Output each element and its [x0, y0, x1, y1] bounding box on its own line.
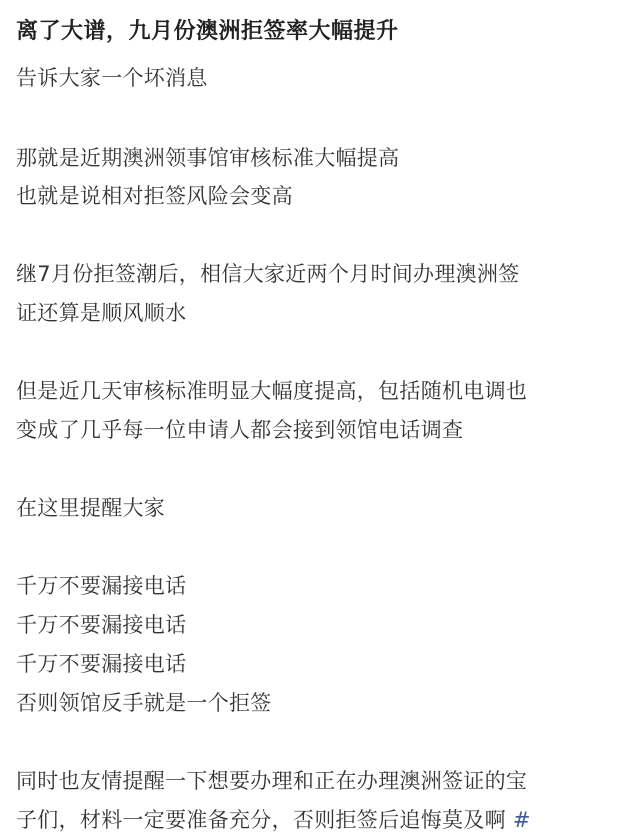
- post-title: 离了大谱，九月份澳洲拒签率大幅提升: [16, 14, 399, 45]
- body-line: 同时也友情提醒一下想要办理和正在办理澳洲签证的宝: [16, 765, 527, 795]
- body-line: 也就是说相对拒签风险会变高: [16, 180, 293, 210]
- body-line: 证还算是顺风顺水: [16, 297, 186, 327]
- body-line: 在这里提醒大家: [16, 492, 165, 522]
- body-line: 千万不要漏接电话: [16, 648, 186, 678]
- body-line: 千万不要漏接电话: [16, 609, 186, 639]
- hashtag-link[interactable]: #: [513, 808, 531, 832]
- body-line-last: 子们，材料一定要准备充分，否则拒签后追悔莫及啊 #: [16, 804, 531, 834]
- body-line: 变成了几乎每一位申请人都会接到领馆电话调查: [16, 414, 463, 444]
- body-line: 告诉大家一个坏消息: [16, 62, 208, 92]
- body-line: 但是近几天审核标准明显大幅度提高，包括随机电调也: [16, 375, 527, 405]
- body-line: 那就是近期澳洲领事馆审核标准大幅提高: [16, 142, 399, 172]
- body-line: 继7月份拒签潮后，相信大家近两个月时间办理澳洲签: [16, 258, 520, 288]
- body-line: 千万不要漏接电话: [16, 570, 186, 600]
- body-line: 否则领馆反手就是一个拒签: [16, 687, 272, 717]
- body-line-text: 子们，材料一定要准备充分，否则拒签后追悔莫及啊: [16, 808, 506, 832]
